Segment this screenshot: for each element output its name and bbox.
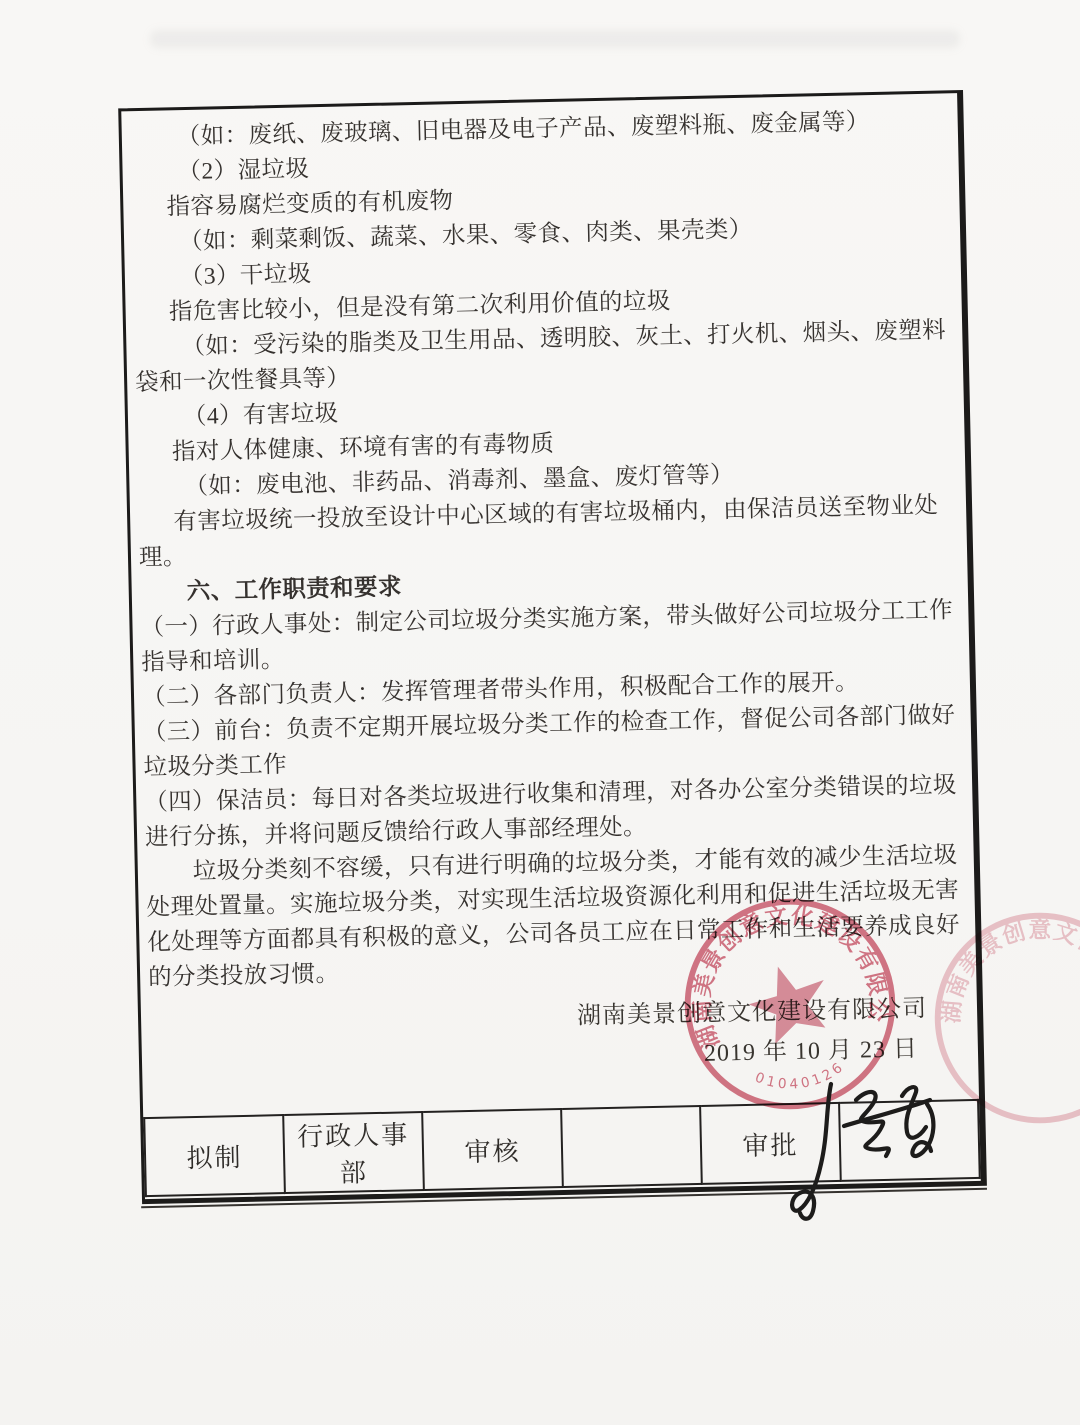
seal-star-icon <box>740 954 838 1048</box>
approval-signature <box>786 1072 956 1228</box>
approval-cell <box>561 1106 702 1187</box>
scan-smudge <box>150 30 960 48</box>
approval-cell: 拟制 <box>144 1115 285 1196</box>
scanned-page: { "document": { "lines": [ {"text":"（如：废… <box>0 0 1080 1425</box>
document-body: （如：废纸、废玻璃、旧电器及电子产品、废塑料瓶、废金属等） （2）湿垃圾 指容易… <box>121 93 976 996</box>
approval-cell: 行政人事部 <box>283 1112 424 1193</box>
approval-cell: 审核 <box>422 1109 563 1190</box>
